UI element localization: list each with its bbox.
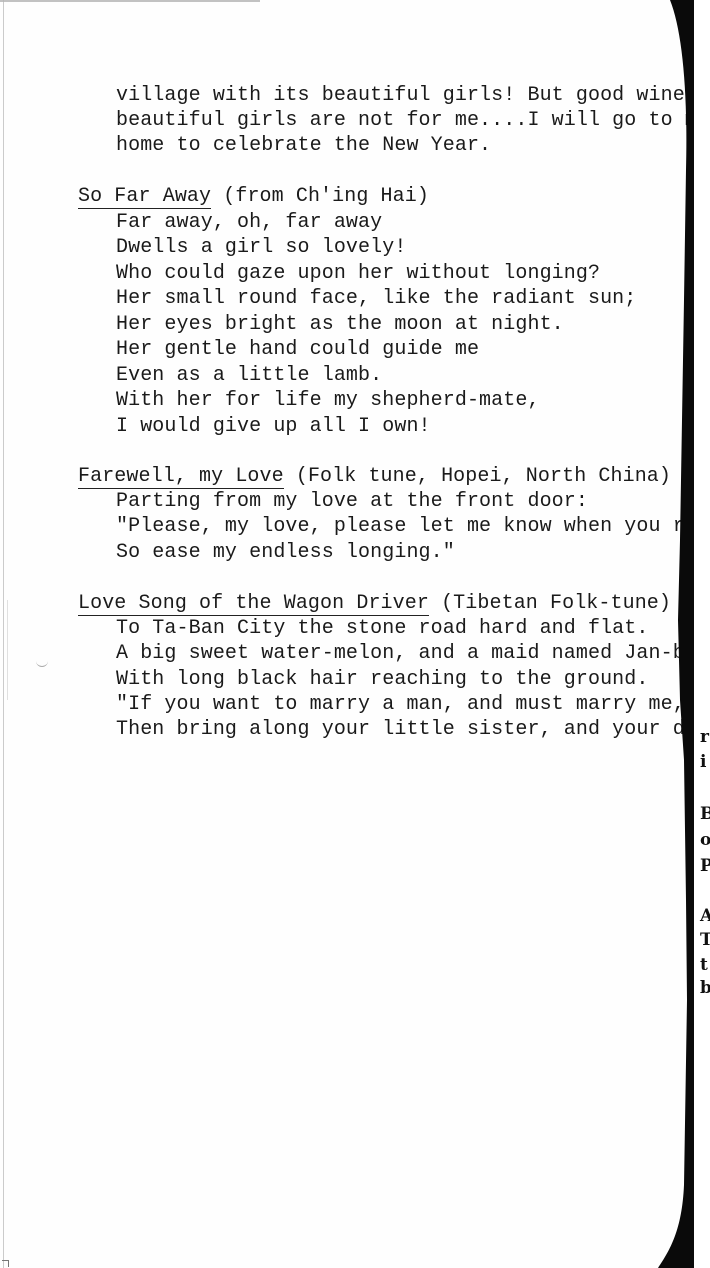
song-line: To Ta-Ban City the stone road hard and f… [116,617,649,641]
intro-line: home to celebrate the New Year. [116,134,491,158]
intro-line: village with its beautiful girls! But go… [116,84,685,108]
binding-shadow [650,0,710,1268]
facing-page-fragment: B [700,804,710,824]
song-origin: (Tibetan Folk-tune) [441,592,671,615]
page-left-edge-shadow [7,600,8,700]
facing-page-fragment: b [700,978,710,998]
song-line: So ease my endless longing." [116,541,455,565]
corner-mark [2,1260,9,1267]
song-line: With long black hair reaching to the gro… [116,668,649,692]
song-line: Her eyes bright as the moon at night. [116,313,564,337]
song-line: Dwells a girl so lovely! [116,236,406,260]
facing-page-fragment: t [700,955,708,975]
song-line: "If you want to marry a man, and must ma… [116,693,685,717]
page-top-edge [0,0,260,2]
song-heading: Love Song of the Wagon Driver (Tibetan F… [78,592,671,616]
song-title: Farewell, my Love [78,465,284,489]
facing-page-fragment: i [700,752,706,772]
facing-page-fragment: r [700,727,709,747]
facing-page-fragment: o [700,830,710,850]
intro-line: beautiful girls are not for me....I will… [116,109,709,133]
page-left-edge [3,0,4,1268]
song-line: Her gentle hand could guide me [116,338,479,362]
song-title: So Far Away [78,185,211,209]
song-line: Parting from my love at the front door: [116,490,588,514]
song-line: I would give up all I own! [116,415,431,439]
song-line: A big sweet water-melon, and a maid name… [116,642,709,666]
song-origin: (Folk tune, Hopei, North China) [296,465,671,488]
song-title: Love Song of the Wagon Driver [78,592,429,616]
song-line: Her small round face, like the radiant s… [116,287,636,311]
song-line: With her for life my shepherd-mate, [116,389,540,413]
song-line: Then bring along your little sister, and… [116,718,709,742]
song-line: Far away, oh, far away [116,211,382,235]
song-line: Who could gaze upon her without longing? [116,262,600,286]
song-line: Even as a little lamb. [116,364,382,388]
song-origin: (from Ch'ing Hai) [223,185,429,208]
facing-page-fragment: P [700,856,710,876]
scanned-page: village with its beautiful girls! But go… [0,0,710,1268]
song-heading: So Far Away (from Ch'ing Hai) [78,185,429,209]
facing-page-fragment: T [700,930,710,950]
facing-page-fragment: A [700,906,710,926]
song-line: "Please, my love, please let me know whe… [116,515,709,539]
margin-pencil-mark [36,660,48,667]
song-heading: Farewell, my Love (Folk tune, Hopei, Nor… [78,465,671,489]
